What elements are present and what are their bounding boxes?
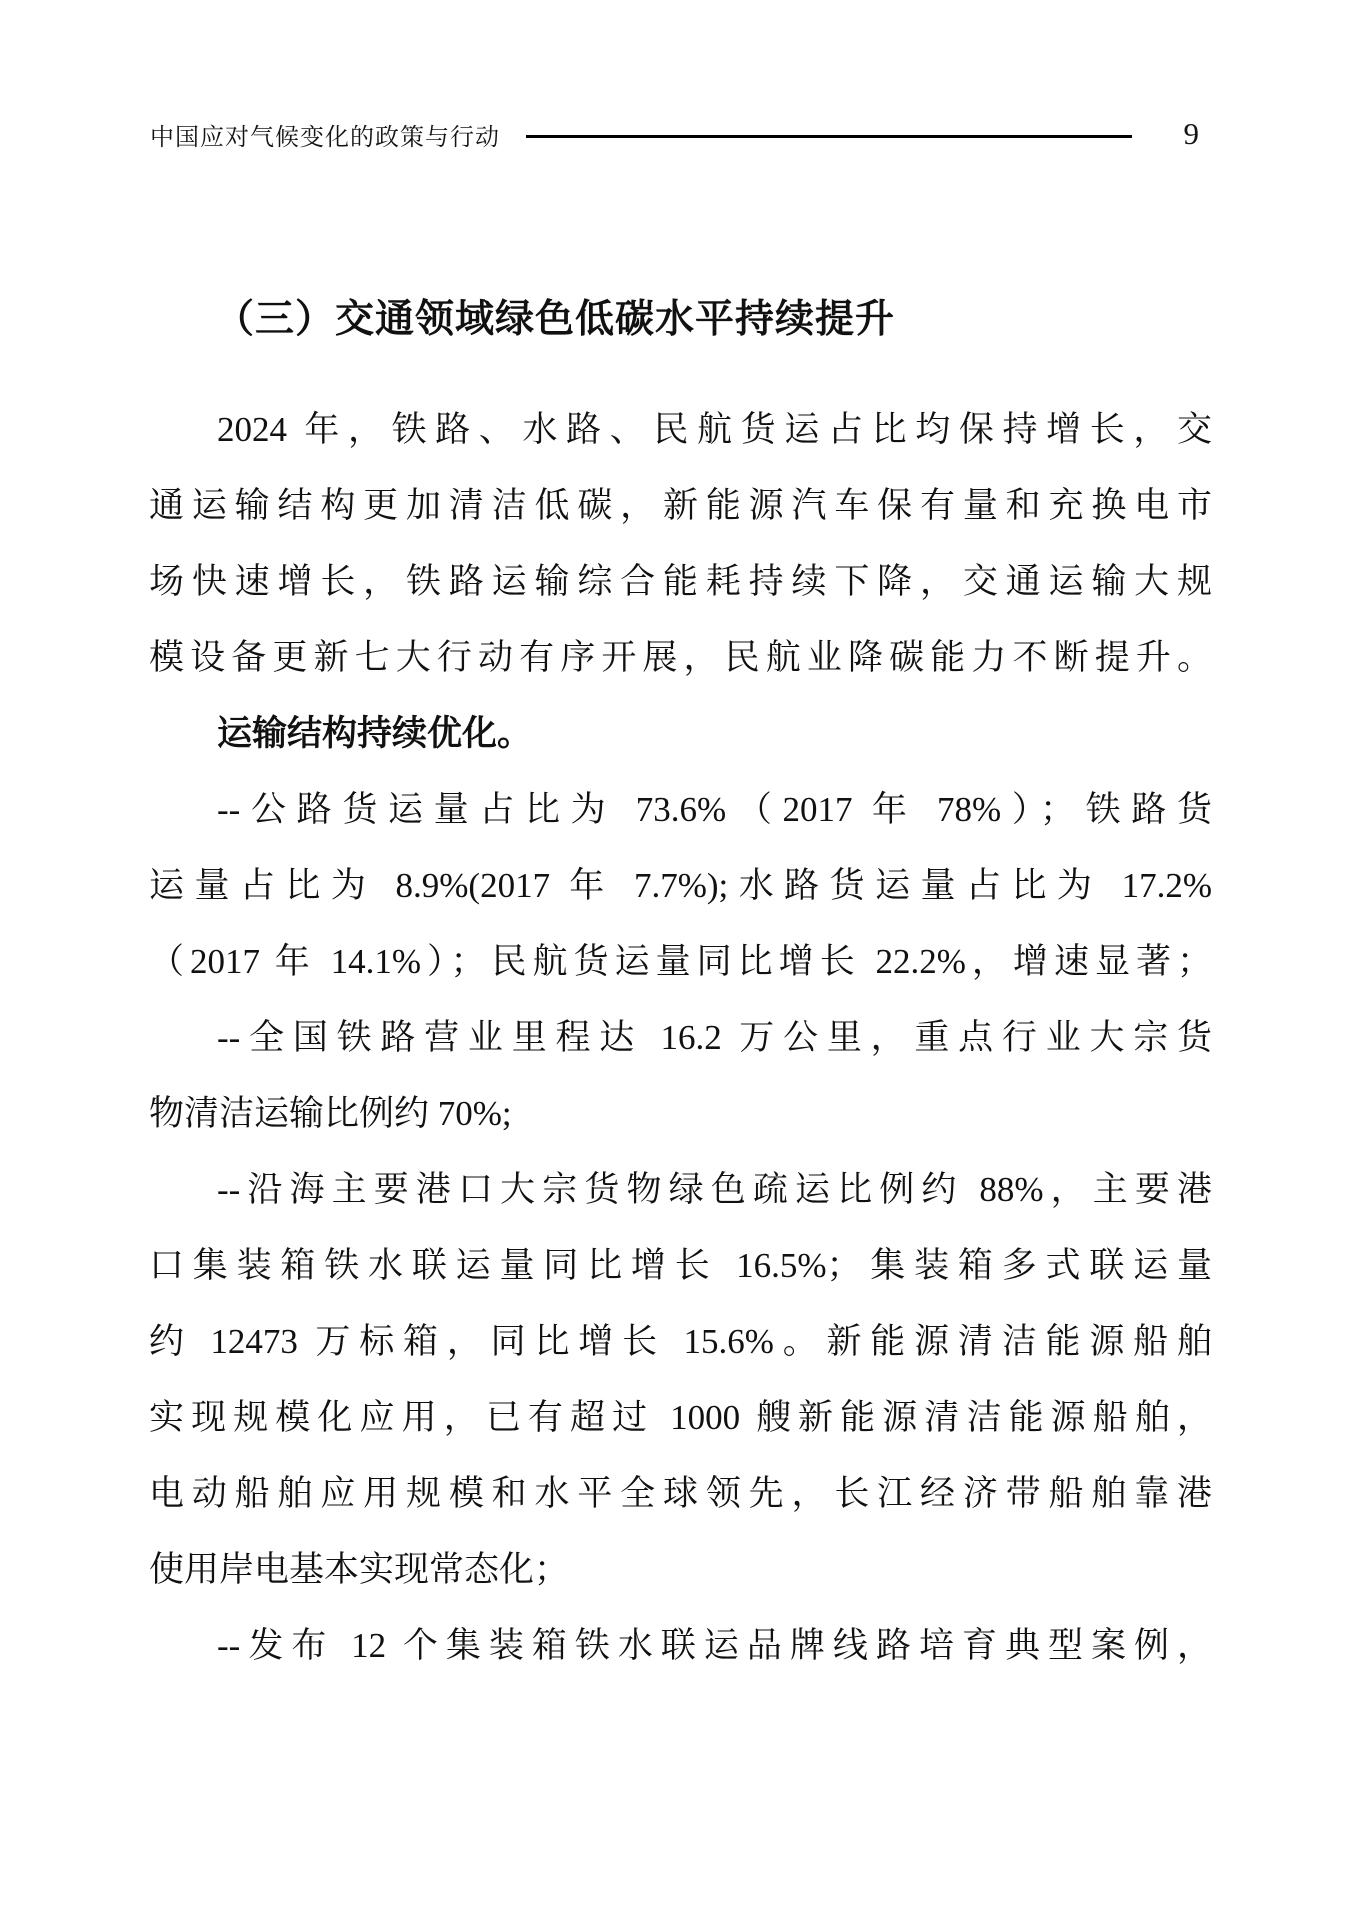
text-line: 场快速增长，铁路运输综合能耗持续下降，交通运输大规	[149, 544, 1212, 620]
text-line: 口集装箱铁水联运量同比增长 16.5%；集装箱多式联运量	[149, 1228, 1212, 1304]
paragraph: 2024 年，铁路、水路、民航货运占比均保持增长，交 通运输结构更加清洁低碳，新…	[149, 392, 1212, 696]
paragraph: --沿海主要港口大宗货物绿色疏运比例约 88%，主要港 口集装箱铁水联运量同比增…	[149, 1152, 1212, 1608]
text-line: 使用岸电基本实现常态化；	[149, 1532, 1212, 1608]
paragraph: 运输结构持续优化。	[149, 696, 1212, 772]
text-line: （2017 年 14.1%）；民航货运量同比增长 22.2%，增速显著；	[149, 924, 1212, 1000]
text-line: --沿海主要港口大宗货物绿色疏运比例约 88%，主要港	[149, 1152, 1212, 1228]
document-body: 2024 年，铁路、水路、民航货运占比均保持增长，交 通运输结构更加清洁低碳，新…	[149, 392, 1212, 1684]
text-line: 运量占比为 8.9%(2017 年 7.7%);水路货运量占比为 17.2%	[149, 848, 1212, 924]
text-line: --公路货运量占比为 73.6%（2017 年 78%）；铁路货	[149, 772, 1212, 848]
text-line: --发布 12 个集装箱铁水联运品牌线路培育典型案例，	[149, 1608, 1212, 1684]
page-header: 中国应对气候变化的政策与行动 9	[150, 108, 1199, 160]
text-line: 约 12473 万标箱，同比增长 15.6%。新能源清洁能源船舶	[149, 1304, 1212, 1380]
section-title: （三）交通领域绿色低碳水平持续提升	[215, 288, 1209, 344]
text-line: 模设备更新七大行动有序开展，民航业降碳能力不断提升。	[149, 620, 1212, 696]
text-line: 实现规模化应用，已有超过 1000 艘新能源清洁能源船舶，	[149, 1380, 1212, 1456]
header-rule	[526, 135, 1132, 138]
text-line: 通运输结构更加清洁低碳，新能源汽车保有量和充换电市	[149, 468, 1212, 544]
text-line: 电动船舶应用规模和水平全球领先，长江经济带船舶靠港	[149, 1456, 1212, 1532]
text-line: --全国铁路营业里程达 16.2 万公里，重点行业大宗货	[149, 1000, 1212, 1076]
paragraph: --发布 12 个集装箱铁水联运品牌线路培育典型案例，	[149, 1608, 1212, 1684]
text-line-bold-lead: 运输结构持续优化。	[149, 696, 1212, 772]
paragraph: --公路货运量占比为 73.6%（2017 年 78%）；铁路货 运量占比为 8…	[149, 772, 1212, 1000]
text-line: 2024 年，铁路、水路、民航货运占比均保持增长，交	[149, 392, 1212, 468]
page-number: 9	[1184, 116, 1200, 152]
paragraph: --全国铁路营业里程达 16.2 万公里，重点行业大宗货 物清洁运输比例约 70…	[149, 1000, 1212, 1152]
running-title: 中国应对气候变化的政策与行动	[150, 117, 500, 152]
text-line: 物清洁运输比例约 70%;	[149, 1076, 1212, 1152]
